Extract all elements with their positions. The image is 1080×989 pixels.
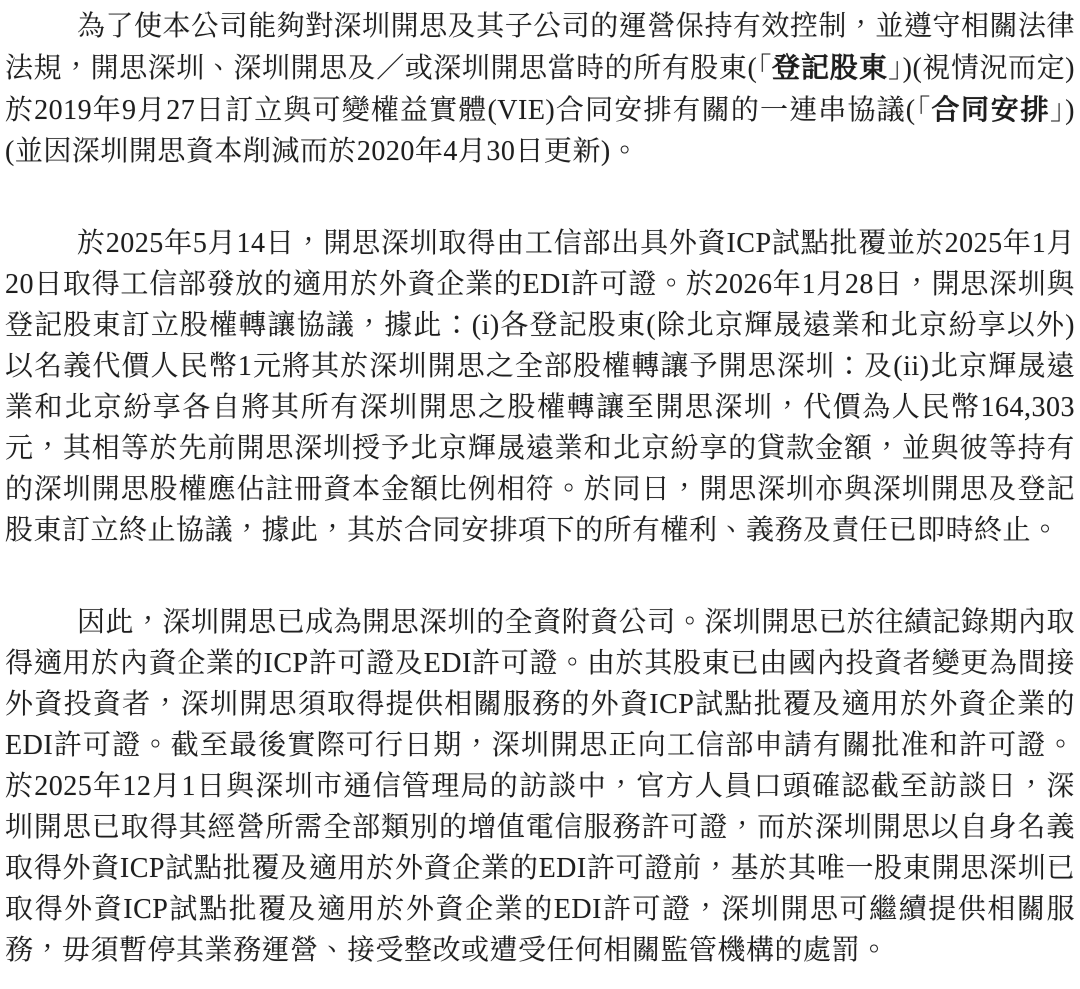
document-page: 為了使本公司能夠對深圳開思及其子公司的運營保持有效控制，並遵守相關法律法規，開思…	[0, 0, 1080, 989]
text-segment: 因此，深圳開思已成為開思深圳的全資附資公司。深圳開思已於往績記錄期內取得適用於內…	[5, 607, 1075, 966]
paragraph-contractual-arrangements: 為了使本公司能夠對深圳開思及其子公司的運營保持有效控制，並遵守相關法律法規，開思…	[5, 6, 1075, 172]
defined-term-contractual-arrangements: 合同安排	[931, 94, 1050, 125]
paragraph-licences-status: 因此，深圳開思已成為開思深圳的全資附資公司。深圳開思已於往績記錄期內取得適用於內…	[5, 602, 1075, 971]
paragraph-equity-transfer: 於2025年5月14日，開思深圳取得由工信部出具外資ICP試點批覆並於2025年…	[5, 223, 1075, 551]
text-segment: 於2025年5月14日，開思深圳取得由工信部出具外資ICP試點批覆並於2025年…	[5, 228, 1075, 546]
defined-term-registered-shareholders: 登記股東	[772, 52, 888, 83]
